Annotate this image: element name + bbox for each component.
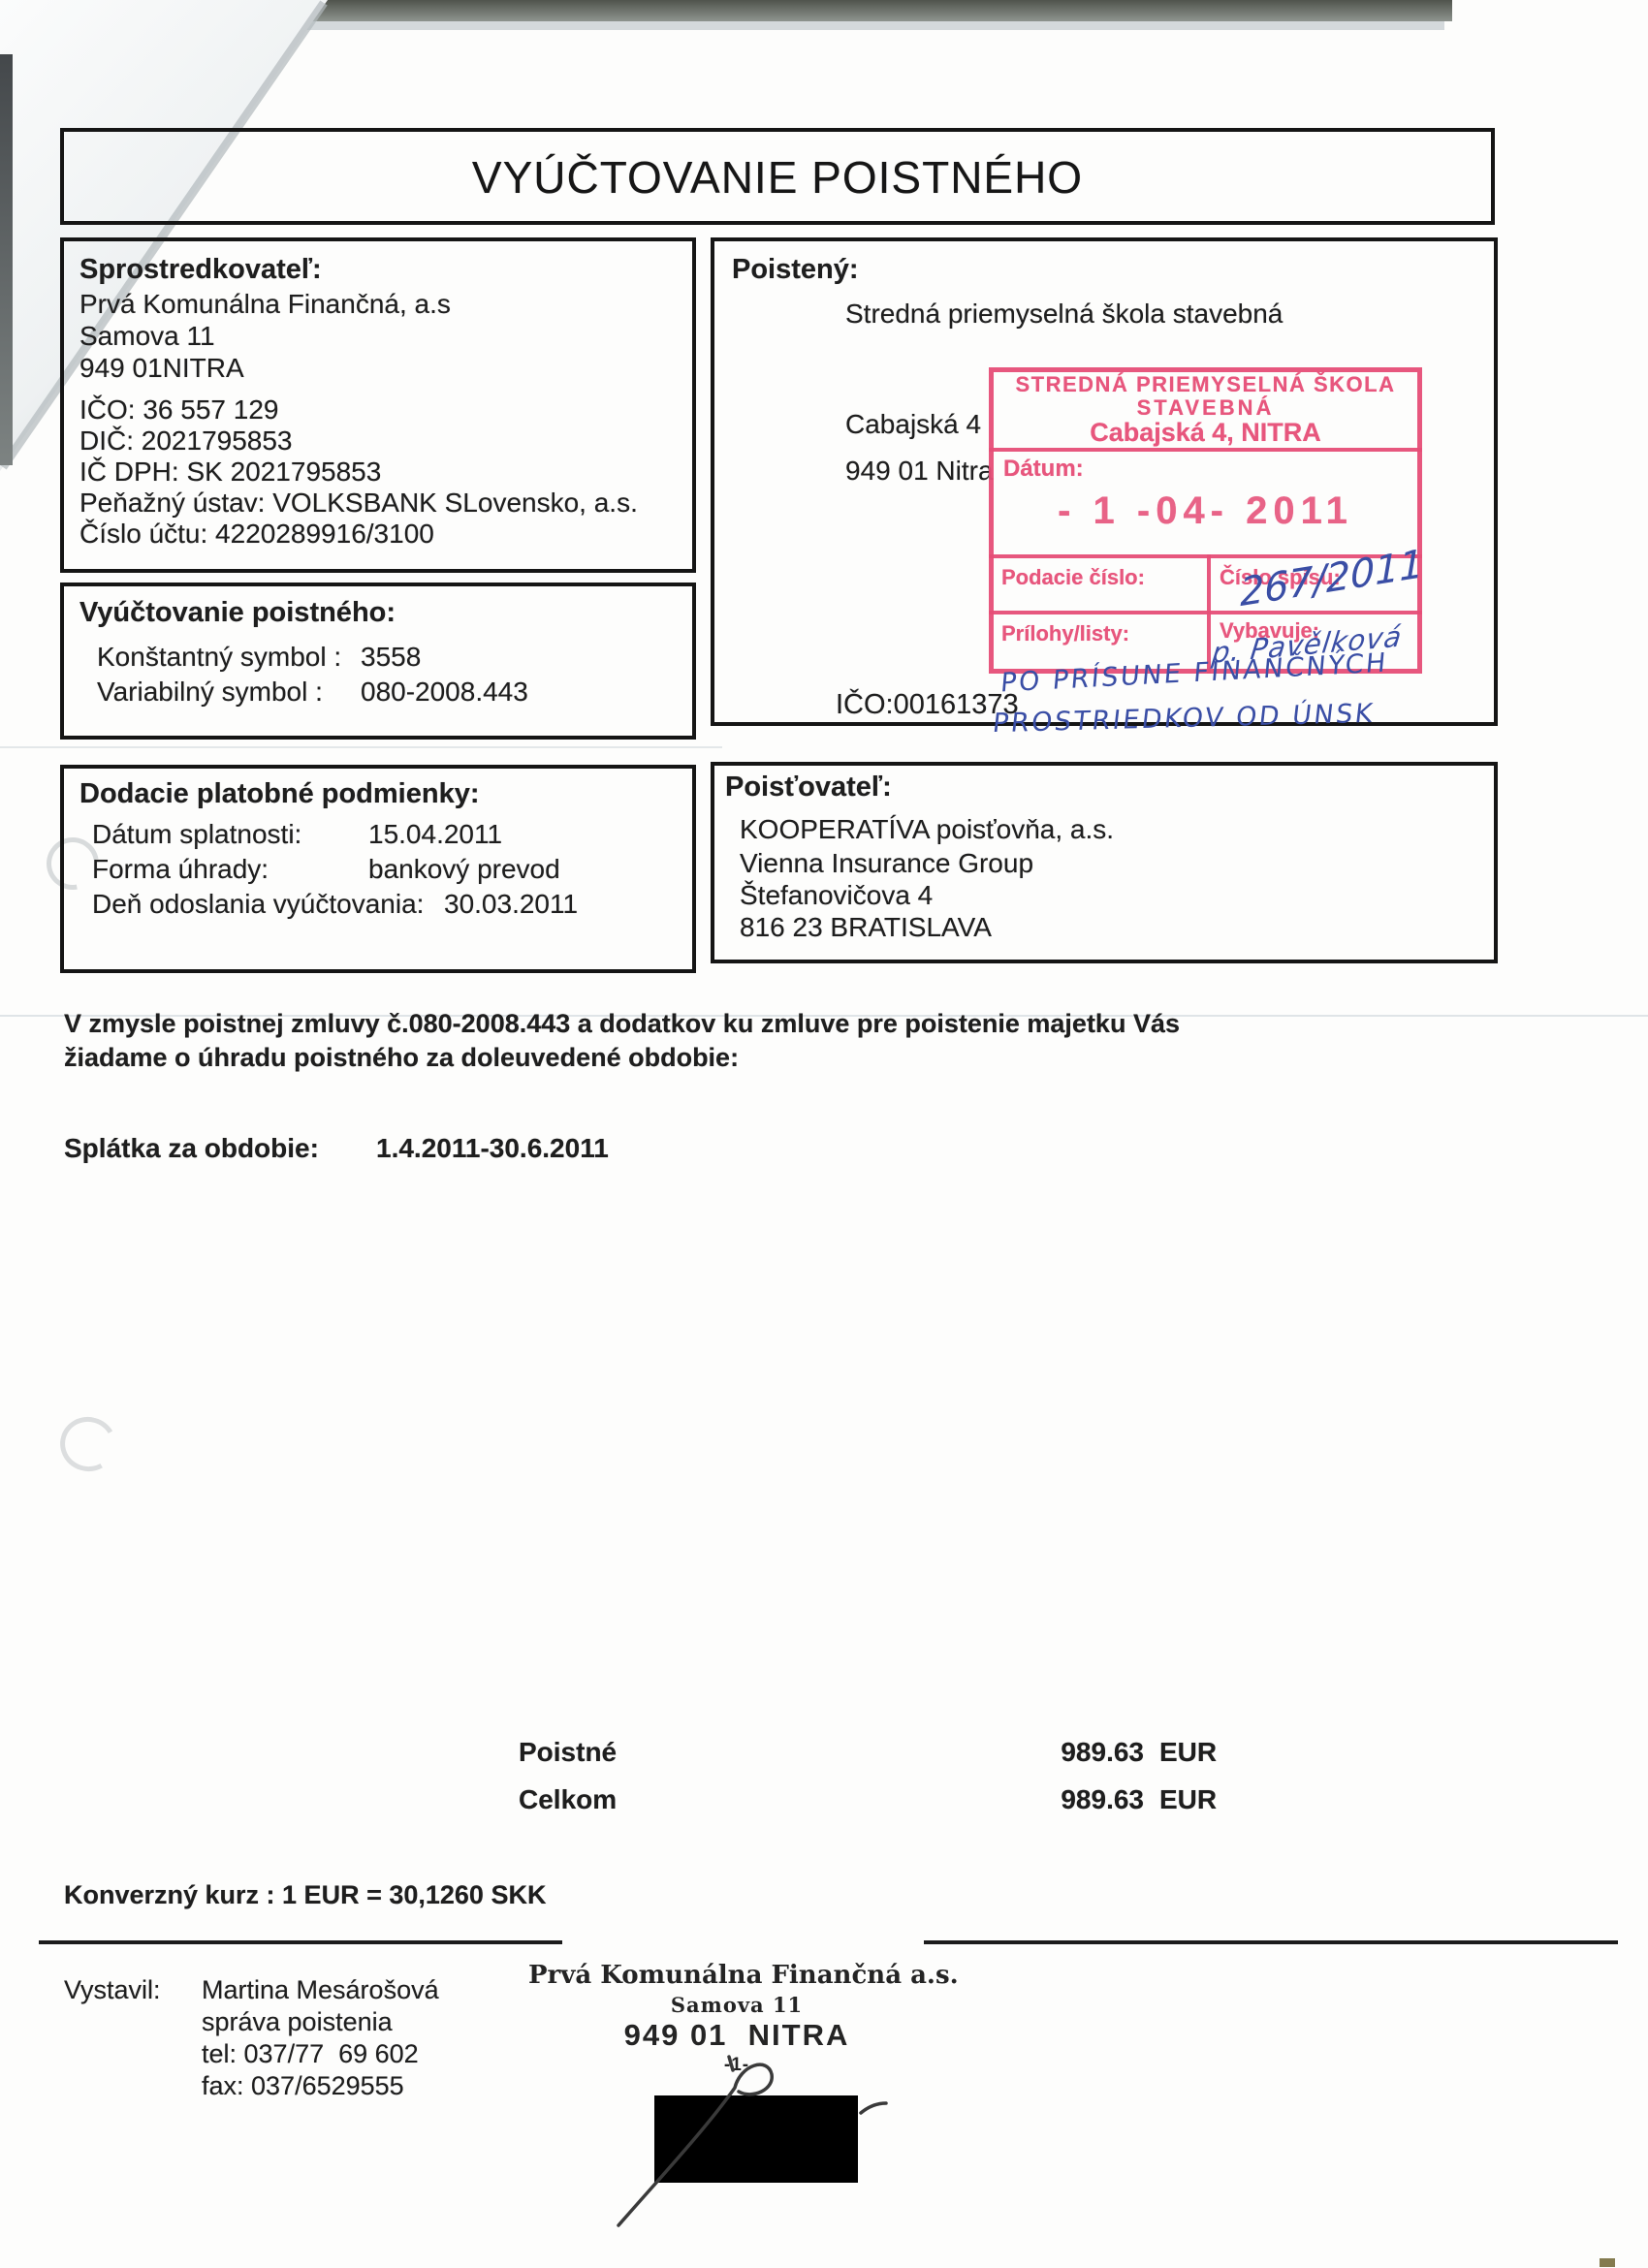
school-stamp-address: Cabajská 4, NITRA — [989, 418, 1422, 448]
total-currency: EUR — [1159, 1784, 1217, 1815]
school-stamp-divider — [1207, 554, 1211, 674]
conversion-rate: Konverzný kurz : 1 EUR = 30,1260 SKK — [64, 1880, 546, 1910]
scan-left-edge-shadow — [0, 54, 13, 465]
insured-ico: IČO:00161373 — [836, 689, 1019, 721]
broker-bank: Peňažný ústav: VOLKSBANK SLovensko, a.s. — [79, 488, 638, 519]
issued-by-label: Vystavil: — [64, 1975, 161, 2005]
payment-terms-heading: Dodacie platobné podmienky: — [79, 778, 480, 810]
insured-city: 949 01 Nitra — [845, 456, 994, 487]
due-date-value: 15.04.2011 — [368, 819, 502, 850]
insurer-group: Vienna Insurance Group — [740, 848, 1033, 879]
premium-label: Poistné — [519, 1737, 617, 1768]
issued-by-name: Martina Mesárošová — [202, 1975, 439, 2005]
installment-period-label: Splátka za obdobie: — [64, 1133, 319, 1164]
issued-by-tel: tel: 037/77 69 602 — [202, 2039, 419, 2069]
premium-value: 989.63 — [969, 1737, 1144, 1768]
school-stamp-name-line1: STREDNÁ PRIEMYSELNÁ ŠKOLA — [989, 372, 1422, 397]
school-stamp-date-value: - 1 -04- 2011 — [989, 489, 1422, 533]
sent-date-label: Deň odoslania vyúčtovania: — [92, 889, 424, 920]
signature-rule-right — [924, 1940, 1618, 1944]
insurer-heading: Poisťovateľ: — [725, 772, 892, 803]
insured-name: Stredná priemyselná škola stavebná — [845, 299, 1283, 330]
due-date-label: Dátum splatnosti: — [92, 819, 301, 850]
scan-speck — [1600, 2258, 1615, 2267]
scanned-document-page: VYÚČTOVANIE POISTNÉHO Sprostredkovateľ: … — [0, 0, 1648, 2268]
school-stamp-date-label: Dátum: — [1003, 456, 1084, 483]
company-stamp-line1: Prvá Komunálna Finančná a.s. — [528, 1961, 945, 1990]
total-label: Celkom — [519, 1784, 617, 1815]
broker-name: Prvá Komunálna Finančná, a.s — [79, 289, 451, 320]
scan-crease — [0, 746, 722, 748]
insurer-street: Štefanovičova 4 — [740, 880, 933, 911]
total-value: 989.63 — [969, 1784, 1144, 1815]
installment-period-value: 1.4.2011-30.6.2011 — [376, 1133, 609, 1164]
broker-ic-dph: IČ DPH: SK 2021795853 — [79, 457, 381, 488]
body-paragraph-line2: žiadame o úhradu poistného za doleuveden… — [64, 1043, 739, 1073]
school-stamp-podacie-label: Podacie číslo: — [1001, 565, 1145, 590]
payment-method-label: Forma úhrady: — [92, 854, 269, 885]
body-paragraph-line1: V zmysle poistnej zmluvy č.080-2008.443 … — [64, 1009, 1180, 1039]
premium-currency: EUR — [1159, 1737, 1217, 1768]
insurer-city: 816 23 BRATISLAVA — [740, 912, 992, 943]
insured-heading: Poistený: — [732, 254, 859, 286]
broker-dic: DIČ: 2021795853 — [79, 425, 293, 457]
school-stamp-prilohy-label: Prílohy/listy: — [1001, 621, 1129, 646]
issued-by-fax: fax: 037/6529555 — [202, 2071, 404, 2101]
school-stamp-divider — [989, 448, 1422, 452]
broker-heading: Sprostredkovateľ: — [79, 254, 322, 286]
page-title: VYÚČTOVANIE POISTNÉHO — [60, 152, 1495, 204]
school-stamp-divider — [989, 611, 1422, 614]
variable-symbol-label: Variabilný symbol : — [97, 677, 323, 708]
broker-ico: IČO: 36 557 129 — [79, 394, 278, 425]
constant-symbol-label: Konštantný symbol : — [97, 642, 341, 673]
broker-city: 949 01NITRA — [79, 353, 244, 384]
scan-top-edge-highlight — [231, 21, 1444, 30]
insured-street: Cabajská 4 — [845, 409, 981, 440]
variable-symbol-value: 080-2008.443 — [361, 677, 528, 708]
sent-date-value: 30.03.2011 — [444, 889, 578, 920]
company-stamp-line2: Samova 11 — [528, 1993, 945, 2017]
signature-flourish — [582, 2026, 989, 2258]
issued-by-dept: správa poistenia — [202, 2007, 393, 2037]
insurer-name: KOOPERATÍVA poisťovňa, a.s. — [740, 814, 1114, 845]
scan-smudge — [54, 1410, 123, 1477]
broker-account: Číslo účtu: 4220289916/3100 — [79, 519, 434, 550]
signature-rule-left — [39, 1940, 562, 1944]
broker-street: Samova 11 — [79, 321, 215, 352]
constant-symbol-value: 3558 — [361, 642, 421, 673]
settlement-heading: Vyúčtovanie poistného: — [79, 597, 396, 629]
scan-top-edge-shadow — [231, 0, 1452, 21]
payment-method-value: bankový prevod — [368, 854, 560, 885]
